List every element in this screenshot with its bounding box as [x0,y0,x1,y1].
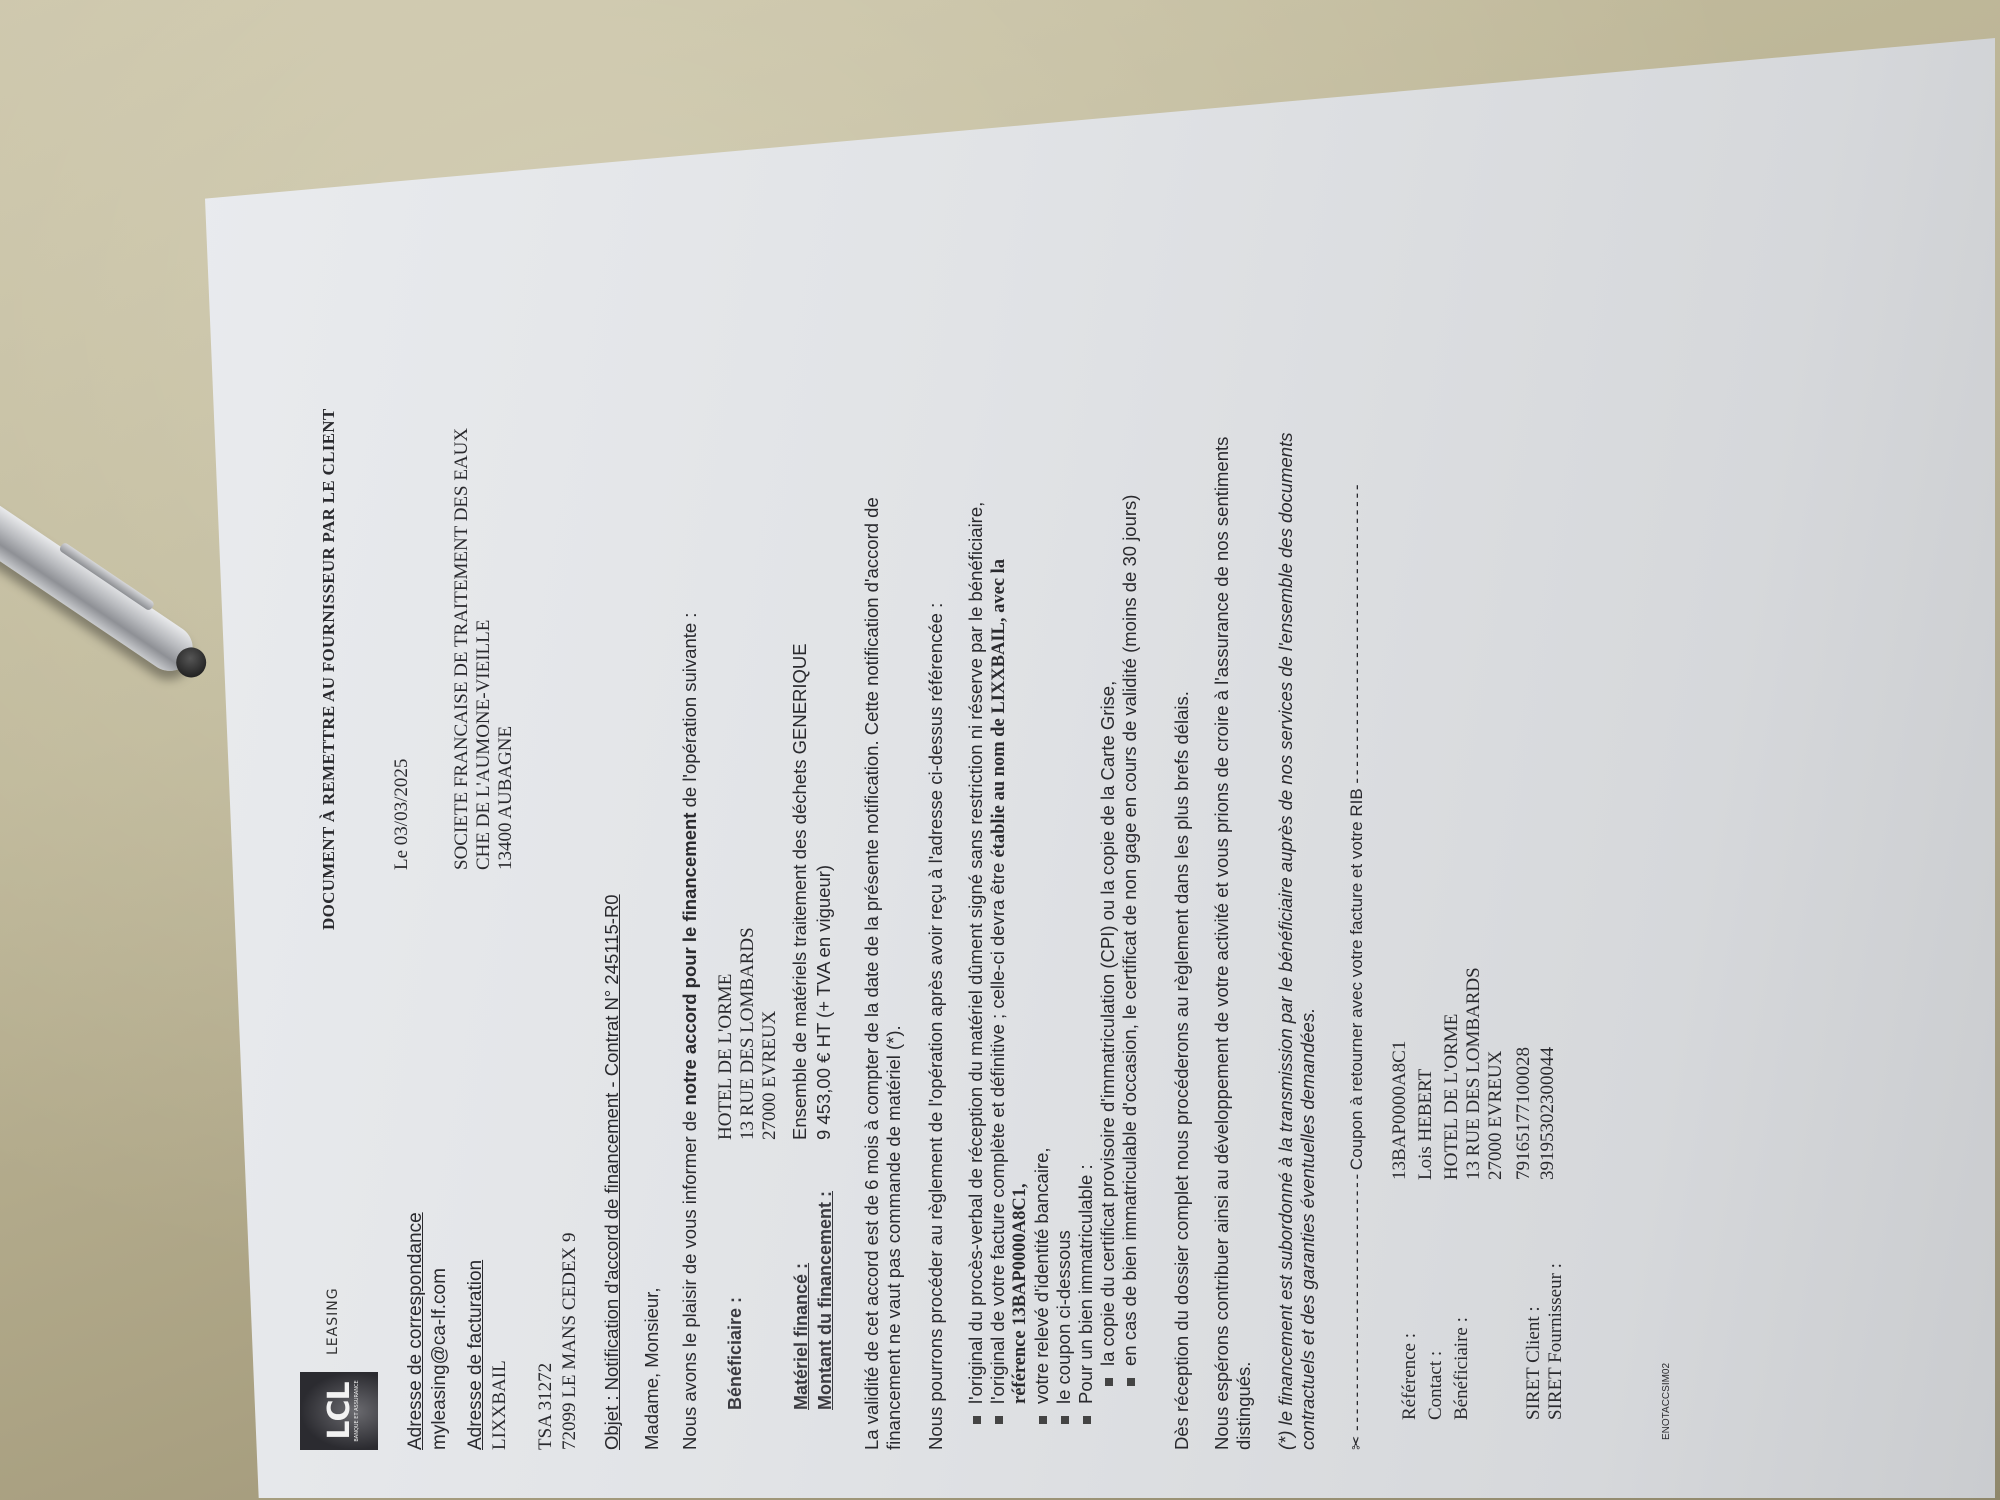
pen-tip [170,642,212,684]
bullet-icon [1039,1416,1047,1424]
intro-text-end: de l'opération suivante : [679,613,700,813]
coupon-label: SIRET Client : [1522,1306,1547,1420]
sub-requirement-item: en cas de bien immatriculable d'occasion… [1118,495,1142,1386]
logo-subtext: BANQUE ET ASSURANCE [354,1380,361,1441]
billing-line: TSA 31272 [534,1363,559,1450]
lcl-logo: LCL BANQUE ET ASSURANCE [300,1372,378,1450]
requirement-item: votre relevé d'identité bancaire, [1030,1147,1054,1424]
recipient-line: CHE DE L'AUMONE-VIEILLE [472,620,497,870]
coupon-label: SIRET Fournisseur : [1544,1263,1569,1420]
coupon-value: 79165177100028 [1512,1047,1537,1180]
requirement-text: l'original de votre facture complète et … [987,858,1008,1404]
subject-line: Objet : Notification d'accord de finance… [600,894,624,1450]
coupon-value: HOTEL DE L'ORME [1440,1014,1465,1180]
beneficiary-line: HOTEL DE L'ORME [714,974,739,1140]
intro-text: Nous avons le plaisir de vous informer d… [679,1106,700,1450]
salutation: Madame, Monsieur, [640,1288,664,1450]
closing-paragraph: distingués. [1232,1362,1256,1450]
correspondence-email[interactable]: myleasing@ca-lf.com [428,1268,453,1450]
coupon-value: 39195302300044 [1536,1047,1561,1180]
sub-requirement-text: en cas de bien immatriculable d'occasion… [1119,495,1140,1366]
requirement-text: votre relevé d'identité bancaire, [1031,1147,1052,1404]
equipment-label: Matériel financé : [790,1263,813,1410]
closing-paragraph: Dès réception du dossier complet nous pr… [1170,691,1194,1450]
dashed-line: - - - - - - - - - - - - - - - - - - - - … [1347,1175,1366,1431]
requirement-text: Pour un bien immatriculable : [1075,1164,1096,1404]
coupon-title: Coupon à retourner avec votre facture et… [1347,788,1366,1170]
amount-label: Montant du financement : [814,1191,837,1410]
footnote: contractuels et des garanties éventuelle… [1296,1008,1320,1450]
sub-requirement-text: la copie du certificat provisoire d'imma… [1097,681,1118,1366]
validity-line: financement ne vaut pas commande de maté… [882,1025,906,1450]
bullet-icon [1083,1416,1091,1424]
requirement-text: le coupon ci-dessous [1053,1230,1074,1404]
coupon-value: 13 RUE DES LOMBARDS [1462,967,1487,1180]
pen-clip [58,542,155,612]
sub-requirement-item: la copie du certificat provisoire d'imma… [1096,681,1120,1386]
brand-division: LEASING [324,1287,342,1355]
billing-label: Adresse de facturation [464,1260,489,1450]
coupon-label: Contact : [1424,1351,1449,1420]
intro-bold: notre accord pour le financement [679,813,700,1106]
billing-line: 72099 LE MANS CEDEX 9 [558,1233,583,1450]
amount-value: 9 453,00 € HT (+ TVA en vigueur) [812,865,836,1140]
requirement-continuation: référence 13BAP0000A8C1, [1008,1183,1032,1404]
requirement-bold: établie au nom de LIXXBAIL, avec la [989,559,1009,858]
bullet-icon [995,1416,1003,1424]
beneficiary-line: 13 RUE DES LOMBARDS [736,927,761,1140]
bullet-icon [973,1416,981,1424]
dashed-line: - - - - - - - - - - - - - - - - - - - - … [1347,485,1366,783]
coupon-value: 27000 EVREUX [1484,1051,1509,1180]
equipment-value: Ensemble de matériels traitement des déc… [788,643,812,1140]
document-page: LCL BANQUE ET ASSURANCE LEASING DOCUMENT… [300,290,1700,1450]
coupon-label: Bénéficiaire : [1450,1317,1475,1420]
document-title: DOCUMENT À REMETTRE AU FOURNISSEUR PAR L… [318,409,340,930]
footer-code: ENOTACCSIM02 [1660,1363,1673,1440]
requirement-text: l'original du procès-verbal de réception… [965,502,986,1404]
correspondence-label: Adresse de correspondance [404,1212,429,1450]
footnote: (*) le financement est subordonné à la t… [1274,433,1298,1450]
requirement-item: l'original du procès-verbal de réception… [964,502,988,1424]
scissors-icon: ✂ [1347,1436,1366,1450]
payment-intro: Nous pourrons procéder au règlement de l… [924,603,948,1450]
recipient-line: SOCIETE FRANCAISE DE TRAITEMENT DES EAUX [450,428,475,870]
requirement-item: Pour un bien immatriculable : [1074,1164,1098,1424]
bullet-icon [1061,1416,1069,1424]
recipient-line: 13400 AUBAGNE [494,726,519,870]
beneficiary-line: 27000 EVREUX [758,1011,783,1140]
intro-paragraph: Nous avons le plaisir de vous informer d… [678,613,702,1450]
pen [0,474,202,680]
closing-paragraph: Nous espérons contribuer ainsi au dévelo… [1210,437,1234,1450]
coupon-divider: ✂ - - - - - - - - - - - - - - - - - - - … [1346,485,1368,1450]
bullet-icon [1127,1378,1135,1386]
billing-line: LIXXBAIL [488,1360,513,1450]
letter-date: Le 03/03/2025 [390,759,415,870]
coupon-label: Référence : [1398,1333,1423,1420]
bullet-icon [1105,1378,1113,1386]
requirement-item: le coupon ci-dessous [1052,1230,1076,1424]
validity-line: La validité de cet accord est de 6 mois … [860,497,884,1450]
beneficiary-label: Bénéficiaire : [724,1297,747,1410]
coupon-value: 13BAP0000A8C1 [1388,1041,1413,1180]
coupon-value: Lois HEBERT [1414,1069,1439,1180]
